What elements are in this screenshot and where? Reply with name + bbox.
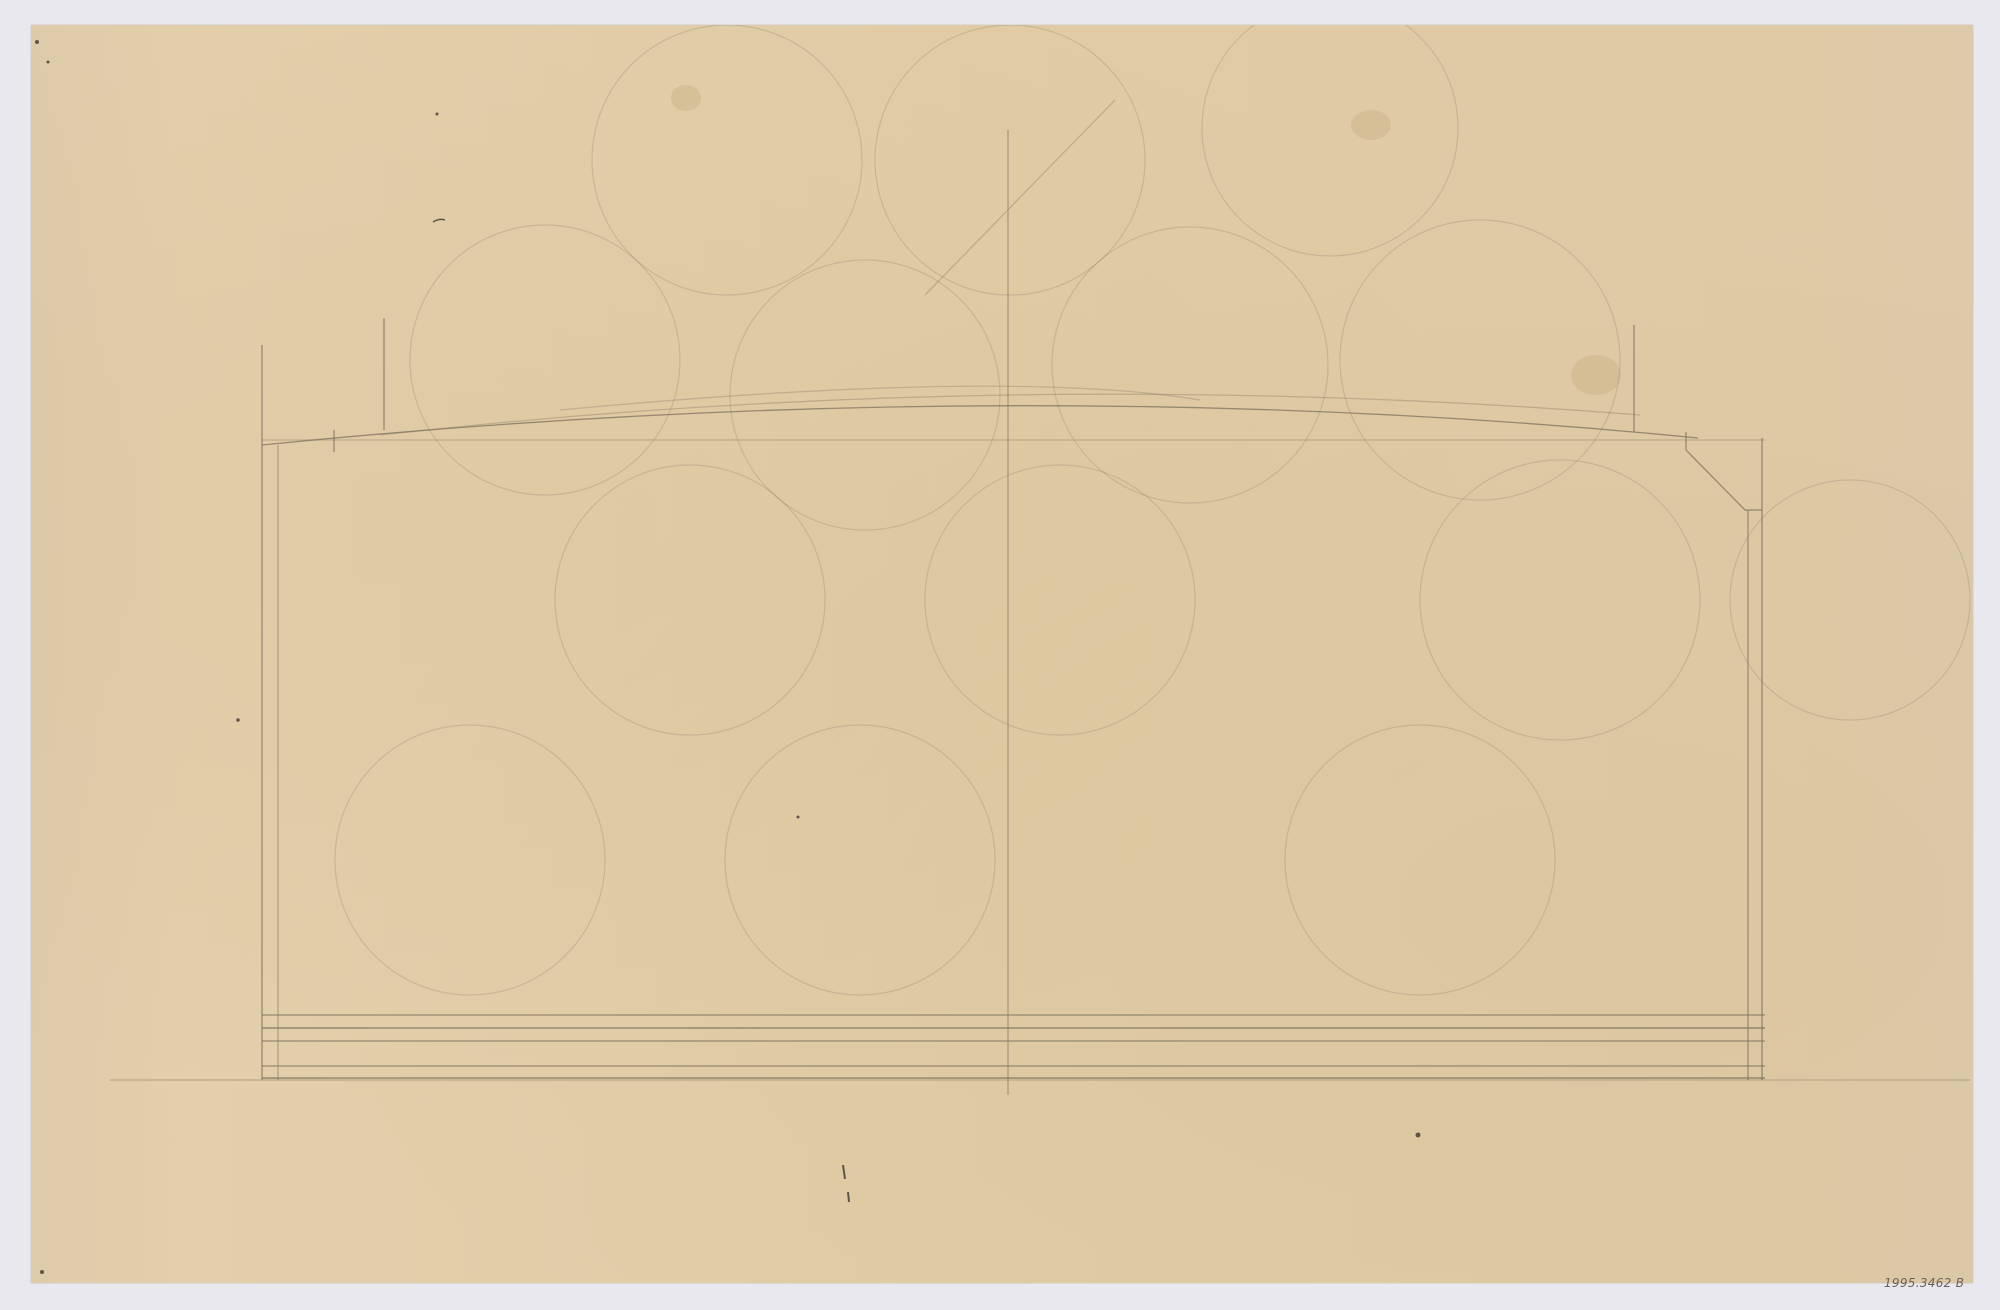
section-outline	[110, 100, 1970, 1095]
drawing-sheet: 1995.3462 B	[31, 25, 1973, 1283]
accession-number: 1995.3462 B	[1884, 1276, 1964, 1290]
graphite-marks	[35, 40, 1421, 1274]
construction-circles	[335, 25, 1970, 995]
pencil-drawing	[31, 25, 1973, 1283]
